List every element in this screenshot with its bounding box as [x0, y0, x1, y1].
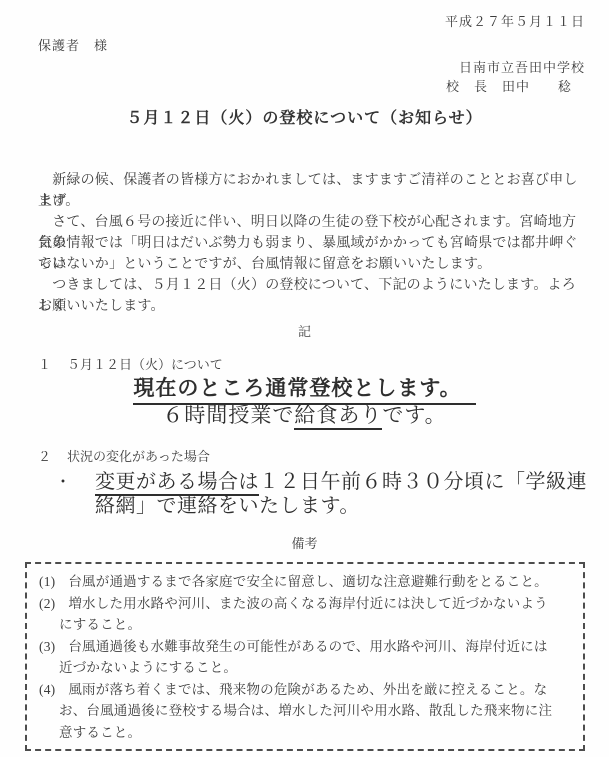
note-1-number: (1) [39, 574, 55, 589]
note-item-4-continuation-2: 意すること。 [39, 722, 573, 744]
section-1-heading-text: ５月１２日（火）について [67, 357, 223, 372]
body-line: お願いいたします。 [38, 295, 583, 316]
body-line: 新緑の候、保護者の皆様方におかれましては、ますますご清祥のこととお喜び申し上げ [38, 169, 583, 190]
school-name: 日南市立吾田中学校 [0, 60, 609, 76]
notes-box: (1)台風が通過するまで各家庭で安全に留意し、適切な注意避難行動をとること。 (… [25, 562, 585, 751]
issue-date: 平成２７年５月１１日 [0, 14, 609, 30]
notes-title: 備考 [0, 536, 609, 552]
main-announcement-row: 現在のところ通常登校とします。 [0, 376, 609, 402]
change-notice: ・変更がある場合は１２日午前６時３０分頃に「学級連 絡網」で連絡をいたします。 [0, 470, 609, 518]
note-item-4: (4)風雨が落ち着くまでは、飛来物の危険があるため、外出を厳に控えること。な [39, 679, 573, 701]
schedule-detail-post: です。 [382, 403, 446, 427]
note-2-text: 増水した用水路や河川、また波の高くなる海岸付近には決して近づかないよう [68, 596, 548, 611]
note-item-2: (2)増水した用水路や河川、また波の高くなる海岸付近には決して近づかないよう [39, 593, 573, 615]
change-notice-underlined: 変更がある場合は [95, 471, 259, 496]
section-1-heading: １５月１２日（火）について [0, 356, 609, 373]
note-1-text: 台風が通過するまで各家庭で安全に留意し、適切な注意避難行動をとること。 [68, 574, 548, 589]
body-line: さて、台風６号の接近に伴い、明日以降の生徒の登下校が心配されます。宮崎地方気象 [38, 211, 583, 232]
note-3-number: (3) [39, 639, 55, 654]
body-line: ます。 [38, 190, 583, 211]
section-2-number: ２ [38, 449, 51, 464]
body-paragraphs: 新緑の候、保護者の皆様方におかれましては、ますますご清祥のこととお喜び申し上げ … [0, 169, 609, 316]
bullet-marker: ・ [55, 471, 95, 495]
change-notice-line-2: 絡網」で連絡をいたします。 [95, 494, 589, 518]
notice-title: ５月１２日（火）の登校について（お知らせ） [0, 109, 609, 129]
note-item-2-continuation: にすること。 [39, 614, 573, 636]
principal-name: 校 長 田中 稔 [0, 79, 609, 95]
recipient: 保護者 様 [0, 38, 609, 54]
notice-document: 平成２７年５月１１日 保護者 様 日南市立吾田中学校 校 長 田中 稔 ５月１２… [0, 0, 609, 757]
note-4-text: 風雨が落ち着くまでは、飛来物の危険があるため、外出を厳に控えること。な [68, 682, 547, 697]
note-item-1: (1)台風が通過するまで各家庭で安全に留意し、適切な注意避難行動をとること。 [39, 571, 573, 593]
section-1-number: １ [38, 357, 51, 372]
schedule-detail-pre: ６時間授業で [162, 403, 294, 427]
body-line: ではないか」ということですが、台風情報に留意をお願いいたします。 [38, 253, 583, 274]
change-notice-rest: １２日午前６時３０分頃に「学級連 [259, 471, 587, 493]
body-line: つきましては、５月１２日（火）の登校について、下記のようにいたします。よろしく [38, 274, 583, 295]
note-item-3: (3)台風通過後も水難事故発生の可能性があるので、用水路や河川、海岸付近には [39, 636, 573, 658]
main-announcement: 現在のところ通常登校とします。 [133, 376, 475, 405]
schedule-detail-underlined: 給食あり [294, 403, 382, 430]
change-notice-line-1: ・変更がある場合は１２日午前６時３０分頃に「学級連 [95, 470, 589, 494]
note-3-text: 台風通過後も水難事故発生の可能性があるので、用水路や河川、海岸付近には [68, 639, 547, 654]
schedule-detail-row: ６時間授業で給食ありです。 [0, 402, 609, 428]
record-marker: 記 [0, 324, 609, 340]
note-item-4-continuation: お、台風通過後に登校する場合は、増水した河川や用水路、散乱した飛来物に注 [39, 700, 573, 722]
section-2-heading-text: 状況の変化があった場合 [67, 449, 210, 464]
body-line: 台の情報では「明日はだいぶ勢力も弱まり、暴風域がかかっても宮崎県では都井岬ぐらい [38, 232, 583, 253]
section-2-heading: ２状況の変化があった場合 [0, 448, 609, 465]
note-2-number: (2) [39, 596, 55, 611]
note-4-number: (4) [39, 682, 55, 697]
note-item-3-continuation: 近づかないようにすること。 [39, 657, 573, 679]
